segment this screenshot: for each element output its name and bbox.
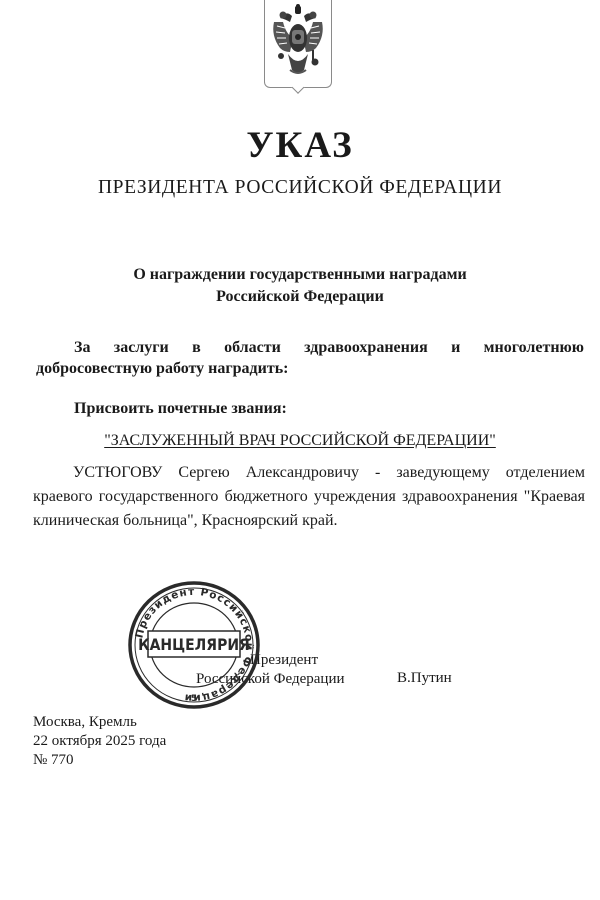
decree-title: УКАЗ	[0, 124, 600, 167]
subject-line-1: О награждении государственными наградами	[0, 264, 600, 286]
decree-issuer: ПРЕЗИДЕНТА РОССИЙСКОЙ ФЕДЕРАЦИИ	[0, 177, 600, 199]
signatory-name: В.Путин	[397, 670, 452, 687]
decree-footer: Москва, Кремль 22 октября 2025 года № 77…	[33, 713, 166, 770]
coat-of-arms-icon	[270, 4, 326, 82]
decree-number: № 770	[33, 751, 166, 770]
decree-date: 22 октября 2025 года	[33, 732, 166, 751]
chancellery-stamp-icon: Президент Российской Федерации КАНЦЕЛЯРИ…	[126, 580, 262, 710]
stamp-center-text: КАНЦЕЛЯРИЯ	[138, 635, 250, 654]
subject-line-2: Российской Федерации	[0, 286, 600, 308]
awardee-paragraph: УСТЮГОВУ Сергею Александровичу - заведую…	[33, 461, 585, 533]
decree-place: Москва, Кремль	[33, 713, 166, 732]
assign-heading: Присвоить почетные звания:	[74, 400, 287, 418]
merit-paragraph: За заслуги в области здравоохранения и м…	[36, 337, 584, 379]
honor-title: "ЗАСЛУЖЕННЫЙ ВРАЧ РОССИЙСКОЙ ФЕДЕРАЦИИ"	[0, 432, 600, 450]
stamp-number: 5	[191, 694, 197, 704]
decree-subject: О награждении государственными наградами…	[0, 264, 600, 308]
